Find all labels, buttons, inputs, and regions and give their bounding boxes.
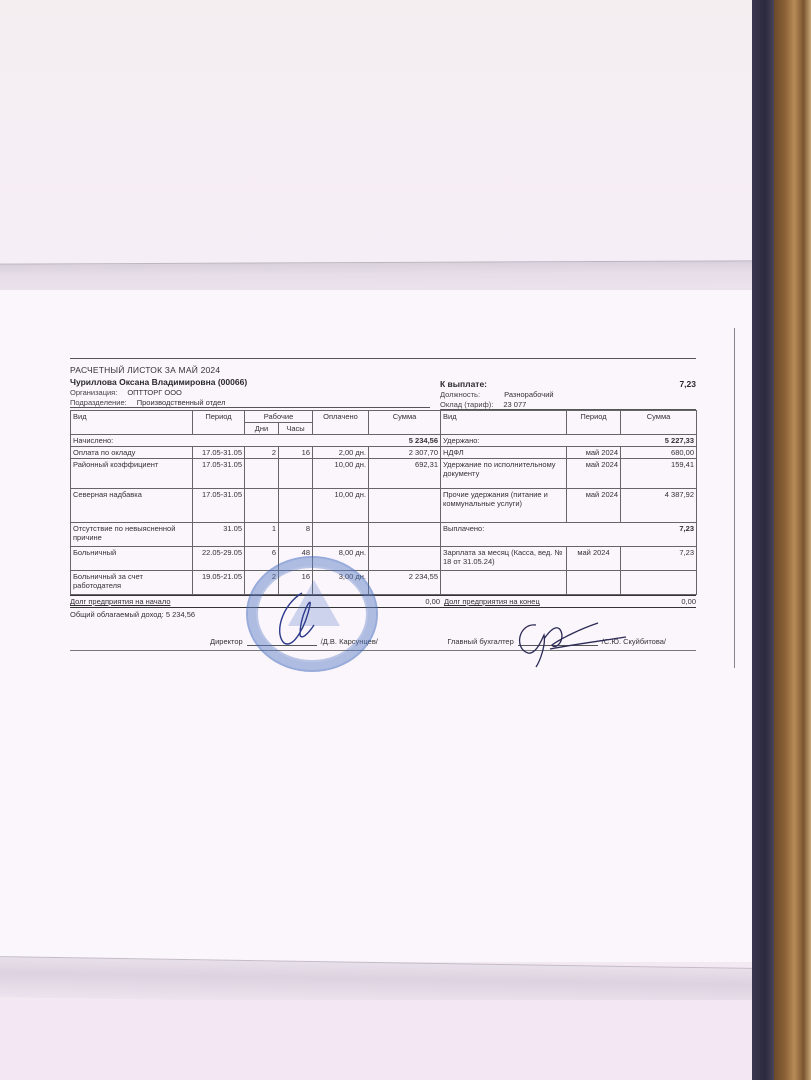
accrual-paid [313,523,369,547]
wooden-frame [774,0,811,1080]
payout-sum: 7,23 [621,547,697,571]
deduction-sum: 4 387,92 [621,489,697,523]
header-days: Дни [245,423,279,435]
accountant-label: Главный бухгалтер [447,637,513,646]
taxable-income: Общий облагаемый доход: 5 234,56 [70,610,195,619]
salary-value: 23 077 [503,400,526,409]
department-value: Производственный отдел [137,398,226,407]
accrual-days: 1 [245,523,279,547]
organization-row: Организация: ОПТТОРГ ООО [70,388,430,397]
deduction-type: Удержание по исполнительному документу [441,459,567,489]
paper-top-fold [0,0,752,268]
debt-start-value: 0,00 [425,597,440,606]
accrual-paid: 2,00 дн. [313,447,369,459]
deduction-period: май 2024 [567,489,621,523]
top-rule [70,358,696,359]
director-name: /Д.В. Карсунцев/ [321,637,378,646]
header-working: Рабочие [245,411,313,423]
accrual-hours: 16 [279,447,313,459]
payout-type: Зарплата за месяц (Касса, вед. № 18 от 3… [441,547,567,571]
accrual-type: Больничный за счет работодателя [71,571,193,595]
deduction-period: май 2024 [567,447,621,459]
header-deduction-type: Вид [441,411,567,435]
payslip: РАСЧЕТНЫЙ ЛИСТОК ЗА МАЙ 2024 Чуриллова О… [70,358,696,651]
payslip-table: Вид Период Рабочие Оплачено Сумма Вид Пе… [70,410,697,595]
accrual-type: Отсутствие по невыясненной причине [71,523,193,547]
department-label: Подразделение: [70,398,127,407]
accountant-name: /С.Ю. Скуйбитова/ [602,637,666,646]
signatures: Директор /Д.В. Карсунцев/ Главный бухгал… [70,637,696,646]
header-type: Вид [71,411,193,435]
payslip-title: РАСЧЕТНЫЙ ЛИСТОК ЗА МАЙ 2024 [70,365,430,375]
accrual-days: 2 [245,447,279,459]
empty-cell [567,571,621,595]
table-row: Больничный 22.05-29.05 6 48 8,00 дн. Зар… [71,547,697,571]
debt-end-value: 0,00 [681,597,696,606]
accrual-type: Северная надбавка [71,489,193,523]
payslip-header: РАСЧЕТНЫЙ ЛИСТОК ЗА МАЙ 2024 Чуриллова О… [70,365,696,410]
position-row: Должность: Разнорабочий [440,390,696,399]
paper-bottom-fold [0,1000,752,1080]
table-row: Районный коэффициент 17.05-31.05 10,00 д… [71,459,697,489]
accrual-days [245,489,279,523]
accrual-period: 17.05-31.05 [193,489,245,523]
header-hours: Часы [279,423,313,435]
accrual-hours [279,459,313,489]
header-period: Период [193,411,245,435]
page-edge [734,328,735,668]
deduction-period: май 2024 [567,459,621,489]
deduction-sum: 680,00 [621,447,697,459]
accrual-days: 6 [245,547,279,571]
table-row: Северная надбавка 17.05-31.05 10,00 дн. … [71,489,697,523]
deduction-type: Прочие удержания (питание и коммунальные… [441,489,567,523]
director-label: Директор [210,637,243,646]
accrual-sum [369,523,441,547]
deduction-sum: 159,41 [621,459,697,489]
to-pay-row: К выплате: 7,23 [440,379,696,389]
debt-end-label: Долг предприятия на конец [444,597,540,606]
accrual-sum [369,547,441,571]
accountant-signature: Главный бухгалтер /С.Ю. Скуйбитова/ [447,637,666,646]
accrual-sum: 2 307,70 [369,447,441,459]
organization-value: ОПТТОРГ ООО [127,388,182,397]
paid-label: Выплачено: [441,523,621,547]
withheld-total: 5 227,33 [621,435,697,447]
header-sum: Сумма [369,411,441,435]
accrual-type: Районный коэффициент [71,459,193,489]
header-deduction-sum: Сумма [621,411,697,435]
table-row: Больничный за счет работодателя 19.05-21… [71,571,697,595]
withheld-label: Удержано: [441,435,621,447]
accrual-sum: 2 234,55 [369,571,441,595]
accrual-type: Больничный [71,547,193,571]
accrual-type: Оплата по окладу [71,447,193,459]
to-pay-value: 7,23 [679,379,696,389]
accrual-paid: 10,00 дн. [313,489,369,523]
debt-row: Долг предприятия на начало 0,00 Долг пре… [70,595,696,608]
accrual-period: 17.05-31.05 [193,447,245,459]
paid-total: 7,23 [621,523,697,547]
accrual-sum [369,489,441,523]
table-row: Отсутствие по невыясненной причине 31.05… [71,523,697,547]
accrued-label: Начислено: [71,435,369,447]
header-deduction-period: Период [567,411,621,435]
table-row: Оплата по окладу 17.05-31.05 2 16 2,00 д… [71,447,697,459]
stamp-emblem-icon [288,580,340,626]
accrual-hours [279,489,313,523]
payout-period: май 2024 [567,547,621,571]
to-pay-label: К выплате: [440,379,487,389]
totals-row: Начислено: 5 234,56 Удержано: 5 227,33 [71,435,697,447]
accrual-period: 17.05-31.05 [193,459,245,489]
accrual-days: 2 [245,571,279,595]
debt-start-label: Долг предприятия на начало [70,597,171,606]
salary-label: Оклад (тариф): [440,400,493,409]
director-signature: Директор /Д.В. Карсунцев/ [210,637,378,646]
deduction-type: НДФЛ [441,447,567,459]
accrual-period: 31.05 [193,523,245,547]
accrual-paid: 8,00 дн. [313,547,369,571]
accrual-sum: 692,31 [369,459,441,489]
empty-cell [621,571,697,595]
frame-edge [752,0,774,1080]
accrual-hours: 48 [279,547,313,571]
header-paid: Оплачено [313,411,369,435]
accrual-days [245,459,279,489]
taxable-income-row: Общий облагаемый доход: 5 234,56 [70,610,696,619]
position-label: Должность: [440,390,480,399]
department-row: Подразделение: Производственный отдел [70,398,430,408]
employee-name: Чуриллова Оксана Владимировна (00066) [70,377,430,387]
signature-line [247,644,317,646]
accrual-paid: 10,00 дн. [313,459,369,489]
accrued-total: 5 234,56 [369,435,441,447]
accrual-period: 22.05-29.05 [193,547,245,571]
empty-cell [441,571,567,595]
bottom-rule [70,650,696,651]
signature-line [518,644,598,646]
organization-label: Организация: [70,388,117,397]
table-header-row: Вид Период Рабочие Оплачено Сумма Вид Пе… [71,411,697,423]
salary-row: Оклад (тариф): 23 077 [440,400,696,410]
position-value: Разнорабочий [504,390,554,399]
accrual-period: 19.05-21.05 [193,571,245,595]
accrual-hours: 8 [279,523,313,547]
